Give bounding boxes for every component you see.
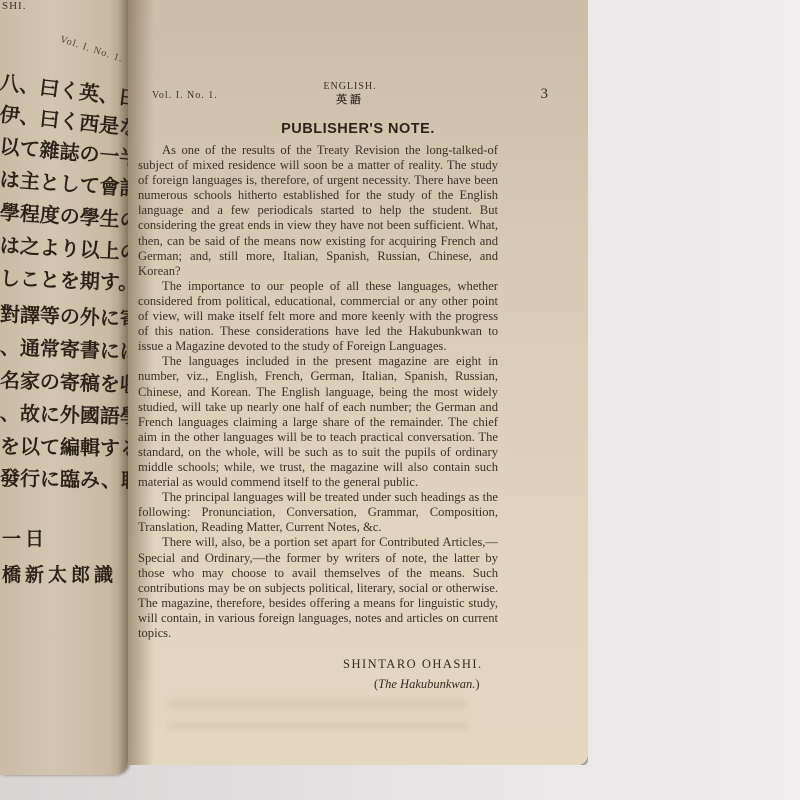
left-page-japanese: SHI. Vol. I. No. 1. 八、曰く英、曰く獨、 伊、曰く西是なり、…: [0, 0, 128, 775]
left-volume-label: Vol. I. No. 1.: [59, 34, 125, 65]
japanese-text-line: 、故に外國語學雜: [0, 397, 128, 430]
paragraph: The importance to our people of all thes…: [138, 279, 498, 354]
paragraph: The languages included in the present ma…: [138, 354, 498, 490]
paragraph: There will, also, be a portion set apart…: [138, 535, 498, 641]
japanese-date-fragment: 一日: [2, 524, 48, 551]
book-spine-shadow: [118, 0, 128, 775]
page-number: 3: [541, 86, 549, 103]
signature-organization: (The Hakubunkwan.): [374, 677, 480, 692]
show-through-text: [168, 700, 468, 708]
section-heading-japanese: 英語: [152, 93, 548, 106]
japanese-text-line: 對譯等の外に寄書: [0, 298, 128, 333]
left-running-head-fragment: SHI.: [2, 0, 26, 12]
japanese-text-line: は之より以上の程度: [0, 229, 128, 267]
japanese-text-line: を以て編輯する論: [0, 430, 128, 462]
paragraph: The principal languages will be treated …: [138, 490, 498, 535]
organization-name: The Hakubunkwan.: [378, 677, 475, 691]
paren-close: ): [475, 677, 479, 691]
japanese-signature: 橋新太郎識: [2, 560, 117, 587]
section-heading: ENGLISH. 英語: [152, 80, 548, 106]
japanese-text-line: 名家の寄稿を收む、: [0, 364, 128, 399]
japanese-text-line: 發行に臨み、聊か: [0, 462, 128, 494]
running-head: Vol. I. No. 1. ENGLISH. 英語 3: [152, 82, 548, 112]
right-page-english: Vol. I. No. 1. ENGLISH. 英語 3 PUBLISHER'S…: [128, 0, 588, 765]
japanese-text-line: 、通常寄書には主: [0, 331, 128, 366]
japanese-text-line: しことを期す。: [0, 262, 128, 296]
paragraph: As one of the results of the Treaty Revi…: [138, 143, 498, 279]
signature-name: SHINTARO OHASHI.: [343, 657, 483, 672]
article-title: PUBLISHER'S NOTE.: [128, 121, 588, 137]
section-heading-english: ENGLISH.: [152, 80, 548, 93]
article-body: As one of the results of the Treaty Revi…: [138, 143, 498, 641]
show-through-text: [168, 722, 468, 730]
